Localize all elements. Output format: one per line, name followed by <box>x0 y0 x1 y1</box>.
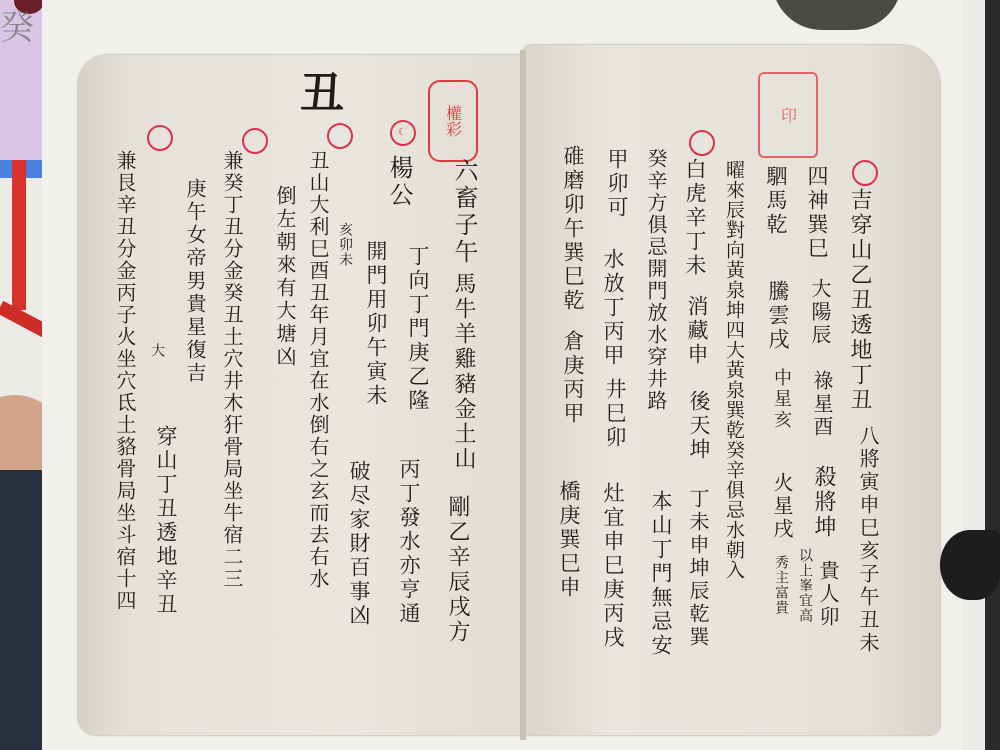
seal-stamp-left: 權彩 <box>428 80 478 162</box>
text-column: 穿山丁丑透地辛丑 <box>155 425 176 617</box>
text-column: 丙丁發水亦亨通 <box>398 458 419 626</box>
text-column: 開門用卯午寅未 <box>365 240 386 408</box>
text-column: 貴人卯 <box>818 560 838 629</box>
red-circle-marker <box>852 160 878 186</box>
text-column: 火星戌 <box>772 472 792 541</box>
text-column: 破尽家財百事凶 <box>348 460 369 628</box>
text-column: 丁向丁門庚乙隆 <box>407 245 428 413</box>
text-column: 曜來辰對向黃泉坤四大黃泉巽乾癸辛俱忌水朝入 <box>724 160 743 580</box>
ghost-glyph: 癸 <box>0 0 1000 49</box>
bird-pattern <box>940 530 1000 600</box>
red-circle-marker <box>147 125 173 151</box>
text-column: 祿星酉 <box>812 370 832 439</box>
text-column: 丁未申坤辰乾巽 <box>688 488 708 649</box>
text-column: 中星亥 <box>772 368 790 431</box>
text-column: 癸辛方俱忌開門放水穿井路 <box>646 148 666 412</box>
text-column: 消藏申 <box>686 295 707 367</box>
text-column: 大陽辰 <box>810 278 830 347</box>
seal-stamp-right: 印 <box>758 72 818 158</box>
page-title: 丑 <box>300 72 347 116</box>
text-column: 庚午女帝男貴星復吉 <box>185 178 205 385</box>
text-column: 楊公 <box>387 155 411 209</box>
text-column: 橋庚巽巳申 <box>558 480 579 600</box>
book-spine <box>520 50 526 740</box>
text-column: 馬牛羊雞豬金土山 <box>452 272 474 472</box>
text-column: 水放丁丙甲 <box>602 248 623 368</box>
red-circle-marker: ☾ <box>390 120 416 146</box>
text-column: 六畜子午 <box>452 158 476 266</box>
text-column: 八將寅申巳亥子午丑未 <box>858 425 878 655</box>
text-column: 丑山大利巳酉丑年月宜在水倒右之玄而去右水 <box>308 150 328 590</box>
text-annotation: 秀主富貴 <box>774 555 788 615</box>
text-column: 騰雲戌 <box>767 280 788 352</box>
text-column: 甲卯可 <box>606 148 627 220</box>
red-circle-marker <box>242 128 268 154</box>
text-column: 倉庚丙甲 <box>562 330 583 426</box>
text-column: 後天坤 <box>688 390 709 462</box>
text-annotation: 亥卯未 <box>338 222 352 267</box>
text-column: 駟馬乾 <box>765 165 786 237</box>
text-column: 殺將坤 <box>812 465 834 540</box>
red-circle-marker <box>689 130 715 156</box>
text-column: 倒左朝來有大塘凶 <box>275 185 295 369</box>
text-column: 碓磨卯午巽巳乾 <box>562 145 583 313</box>
text-column: 剛乙辛辰戌方 <box>446 495 468 645</box>
text-column: 兼癸丁丑分金癸丑土穴井木犴骨局坐牛宿二三 <box>222 150 242 590</box>
text-column: 白虎辛丁未 <box>684 158 705 278</box>
text-column: 吉穿山乙丑透地丁丑 <box>848 188 870 413</box>
text-column: 本山丁門無忌安 <box>650 490 671 658</box>
red-circle-marker <box>327 123 353 149</box>
text-annotation: 以上峯宜高 <box>798 548 812 623</box>
text-column: 四神巽巳 <box>806 165 827 261</box>
dark-edge <box>985 0 1000 750</box>
text-annotation: 大 <box>150 343 164 358</box>
text-column: 兼艮辛丑分金丙子火坐穴氐土貉骨局坐斗宿十四 <box>115 150 135 612</box>
text-column: 井巳卯 <box>604 378 625 450</box>
text-column: 灶宜申巳庚丙戌 <box>602 482 623 650</box>
